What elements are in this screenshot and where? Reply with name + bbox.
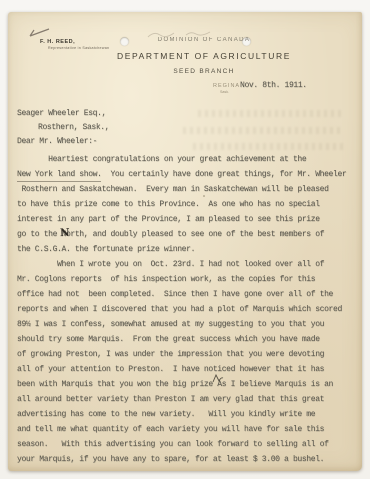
typed-date: Nov. 8th. 1911. [240,81,307,90]
letter-body-line: all around better variety than Preston I… [17,392,346,407]
letter-body-line: Rosthern and Saskatchewan. Every man in … [17,182,346,197]
printed-place-regina: REGINA [213,83,240,89]
letter-body-line: advertising has come to the new variety.… [17,407,346,422]
printed-place-sask: Sask. [220,90,229,94]
letter-body-line: your Marquis, if you have any to spare, … [17,452,346,467]
addressee-name: Seager Wheeler Esq., [17,109,106,118]
caret-insertion-mark [212,370,224,388]
bleed-through-smudge [198,110,343,117]
handwritten-letter-correction: N [60,227,70,239]
underline-annotation [17,180,101,182]
letterhead-dominion: DOMINION OF CANADA [46,37,362,43]
letter-body-line: should try some Marquis. From the great … [17,332,346,347]
letter-body-line: Heartiest congratulations on your great … [17,152,346,167]
letter-body-line: interest in any part of the Province, I … [17,212,346,227]
bleed-through-smudge [183,127,343,134]
letter-body-line: 89½ I was I confess, somewhat amused at … [17,317,346,332]
letter-body-line: When I wrote you on Oct. 23rd. I had not… [17,257,346,272]
letter-body-line: season. With this advertising you can lo… [17,437,346,452]
salutation: Dear Mr. Wheeler:- [17,137,97,146]
letter-body-line: to have this prize come to this Province… [17,197,346,212]
letterhead-branch: SEED BRANCH [46,68,362,75]
addressee-place: Rosthern, Sask., [38,123,109,132]
letter-body-line: the C.S.G.A. the fortunate prize winner. [17,242,346,257]
letter-body-line: Mr. Coglons reports of his inspection wo… [17,272,346,287]
letterhead-department: DEPARTMENT OF AGRICULTURE [46,51,362,61]
scanned-letter-photo: F. H. REED, Representative in Saskatchew… [0,0,370,479]
bleed-through-smudge [193,143,343,150]
letter-body-line: been with Marquis that you won the big p… [17,377,346,392]
letter-body-line: office had not been completed. Since the… [17,287,346,302]
letter-body: Heartiest congratulations on your great … [17,152,346,467]
letter-paper: F. H. REED, Representative in Saskatchew… [8,12,362,471]
letter-body-line: all of your attention to Preston. I have… [17,362,346,377]
sender-title: Representative in Saskatchewan [48,46,109,50]
letter-body-line: of growing Preston, I was under the impr… [17,347,346,362]
letter-body-line: and tell me what quantity of each variet… [17,422,346,437]
dateline: REGINA Sask. Nov. 8th. 1911. [213,80,353,98]
letter-body-line: reports and when I discovered that you h… [17,302,346,317]
